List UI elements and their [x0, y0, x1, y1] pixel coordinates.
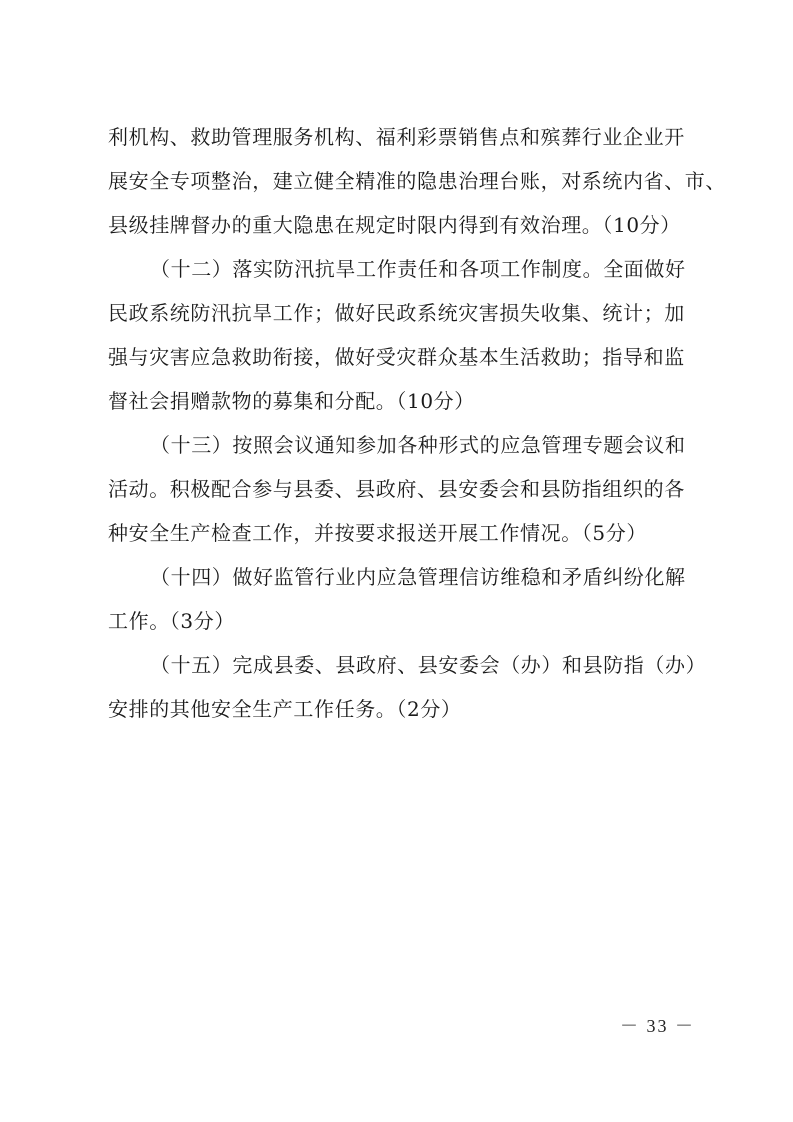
text-line: 展安全专项整治，建立健全精准的隐患治理台账，对系统内省、市、 [108, 159, 712, 203]
section-12-heading: （十二）落实防汛抗旱工作责任和各项工作制度。全面做好 [108, 247, 712, 291]
text-line: 强与灾害应急救助衔接，做好受灾群众基本生活救助；指导和监 [108, 335, 712, 379]
text-line: 利机构、救助管理服务机构、福利彩票销售点和殡葬行业企业开 [108, 115, 712, 159]
section-14-heading: （十四）做好监管行业内应急管理信访维稳和矛盾纠纷化解 [108, 555, 712, 599]
text-line: 县级挂牌督办的重大隐患在规定时限内得到有效治理。（10分） [108, 203, 712, 247]
page-number: － 33 － [620, 1012, 695, 1038]
section-13-heading: （十三）按照会议通知参加各种形式的应急管理专题会议和 [108, 423, 712, 467]
section-15-heading: （十五）完成县委、县政府、县安委会（办）和县防指（办） [108, 643, 712, 687]
document-page: 利机构、救助管理服务机构、福利彩票销售点和殡葬行业企业开 展安全专项整治，建立健… [0, 0, 793, 1122]
text-line: 工作。（3分） [108, 599, 712, 643]
text-line: 种安全生产检查工作，并按要求报送开展工作情况。（5分） [108, 511, 712, 555]
text-line: 民政系统防汛抗旱工作；做好民政系统灾害损失收集、统计；加 [108, 291, 712, 335]
text-line: 安排的其他安全生产工作任务。（2分） [108, 687, 712, 731]
text-line: 活动。积极配合参与县委、县政府、县安委会和县防指组织的各 [108, 467, 712, 511]
text-line: 督社会捐赠款物的募集和分配。（10分） [108, 379, 712, 423]
